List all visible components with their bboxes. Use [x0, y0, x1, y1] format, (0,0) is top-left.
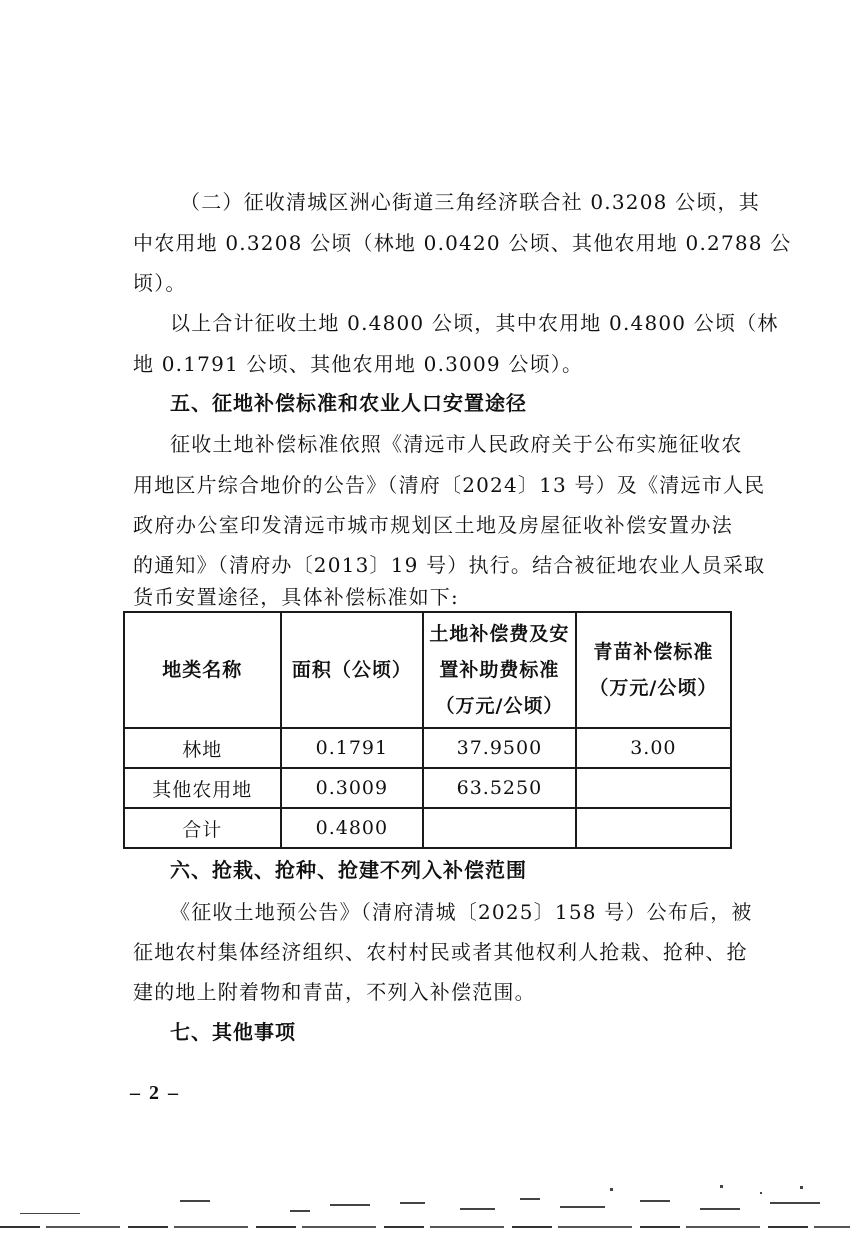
- scan-edge-line: [0, 1226, 850, 1228]
- header-land-compensation: 土地补偿费及安置补助费标准（万元/公顷）: [423, 612, 576, 728]
- cell-land-type: 其他农用地: [124, 768, 281, 808]
- header-area: 面积（公顷）: [281, 612, 423, 728]
- paragraph-two-line-3: 顷）。: [133, 269, 733, 297]
- paragraph-rush-line-2: 征地农村集体经济组织、农村村民或者其他权利人抢栽、抢种、抢: [133, 938, 733, 966]
- paragraph-rush-line-3: 建的地上附着物和青苗，不列入补偿范围。: [133, 978, 733, 1006]
- cell-crop-compensation: 3.00: [576, 728, 731, 768]
- paragraph-standard-line-2: 用地区片综合地价的公告》（清府〔2024〕13 号）及《清远市人民: [133, 471, 733, 499]
- header-crop-compensation: 青苗补偿标准（万元/公顷）: [576, 612, 731, 728]
- cell-land-compensation: 37.9500: [423, 728, 576, 768]
- cell-crop-compensation: [576, 768, 731, 808]
- paragraph-two-line-2: 中农用地 0.3208 公顷（林地 0.0420 公顷、其他农用地 0.2788…: [133, 229, 733, 257]
- section-7-heading: 七、其他事项: [170, 1018, 770, 1046]
- paragraph-total-line-1: 以上合计征收土地 0.4800 公顷，其中农用地 0.4800 公顷（林: [170, 309, 733, 337]
- cell-area: 0.1791: [281, 728, 423, 768]
- paragraph-two-line-1: （二）征收清城区洲心街道三角经济联合社 0.3208 公顷，其: [180, 188, 733, 216]
- cell-area: 0.4800: [281, 808, 423, 848]
- paragraph-standard-line-5: 货币安置途径，具体补偿标准如下:: [133, 583, 733, 611]
- paragraph-standard-line-4: 的通知》（清府办〔2013〕19 号）执行。结合被征地农业人员采取: [133, 551, 733, 579]
- table-row-total: 合计 0.4800: [124, 808, 731, 848]
- paragraph-standard-line-3: 政府办公室印发清远市城市规划区土地及房屋征收补偿安置办法: [133, 511, 733, 539]
- cell-area: 0.3009: [281, 768, 423, 808]
- paragraph-standard-line-1: 征收土地补偿标准依照《清远市人民政府关于公布实施征收农: [170, 430, 733, 458]
- section-6-heading: 六、抢栽、抢种、抢建不列入补偿范围: [170, 856, 770, 884]
- table-row: 林地 0.1791 37.9500 3.00: [124, 728, 731, 768]
- header-land-type: 地类名称: [124, 612, 281, 728]
- table-row: 其他农用地 0.3009 63.5250: [124, 768, 731, 808]
- compensation-table: 地类名称 面积（公顷） 土地补偿费及安置补助费标准（万元/公顷） 青苗补偿标准（…: [123, 611, 732, 849]
- page-number: – 2 –: [130, 1082, 180, 1105]
- cell-land-type: 合计: [124, 808, 281, 848]
- table-header-row: 地类名称 面积（公顷） 土地补偿费及安置补助费标准（万元/公顷） 青苗补偿标准（…: [124, 612, 731, 728]
- paragraph-total-line-2: 地 0.1791 公顷、其他农用地 0.3009 公顷）。: [133, 350, 733, 378]
- paragraph-rush-line-1: 《征收土地预公告》（清府清城〔2025〕158 号）公布后，被: [170, 898, 733, 926]
- section-5-heading: 五、征地补偿标准和农业人口安置途径: [170, 389, 770, 417]
- document-page: （二）征收清城区洲心街道三角经济联合社 0.3208 公顷，其 中农用地 0.3…: [0, 0, 850, 1235]
- cell-crop-compensation: [576, 808, 731, 848]
- cell-land-type: 林地: [124, 728, 281, 768]
- cell-land-compensation: 63.5250: [423, 768, 576, 808]
- cell-land-compensation: [423, 808, 576, 848]
